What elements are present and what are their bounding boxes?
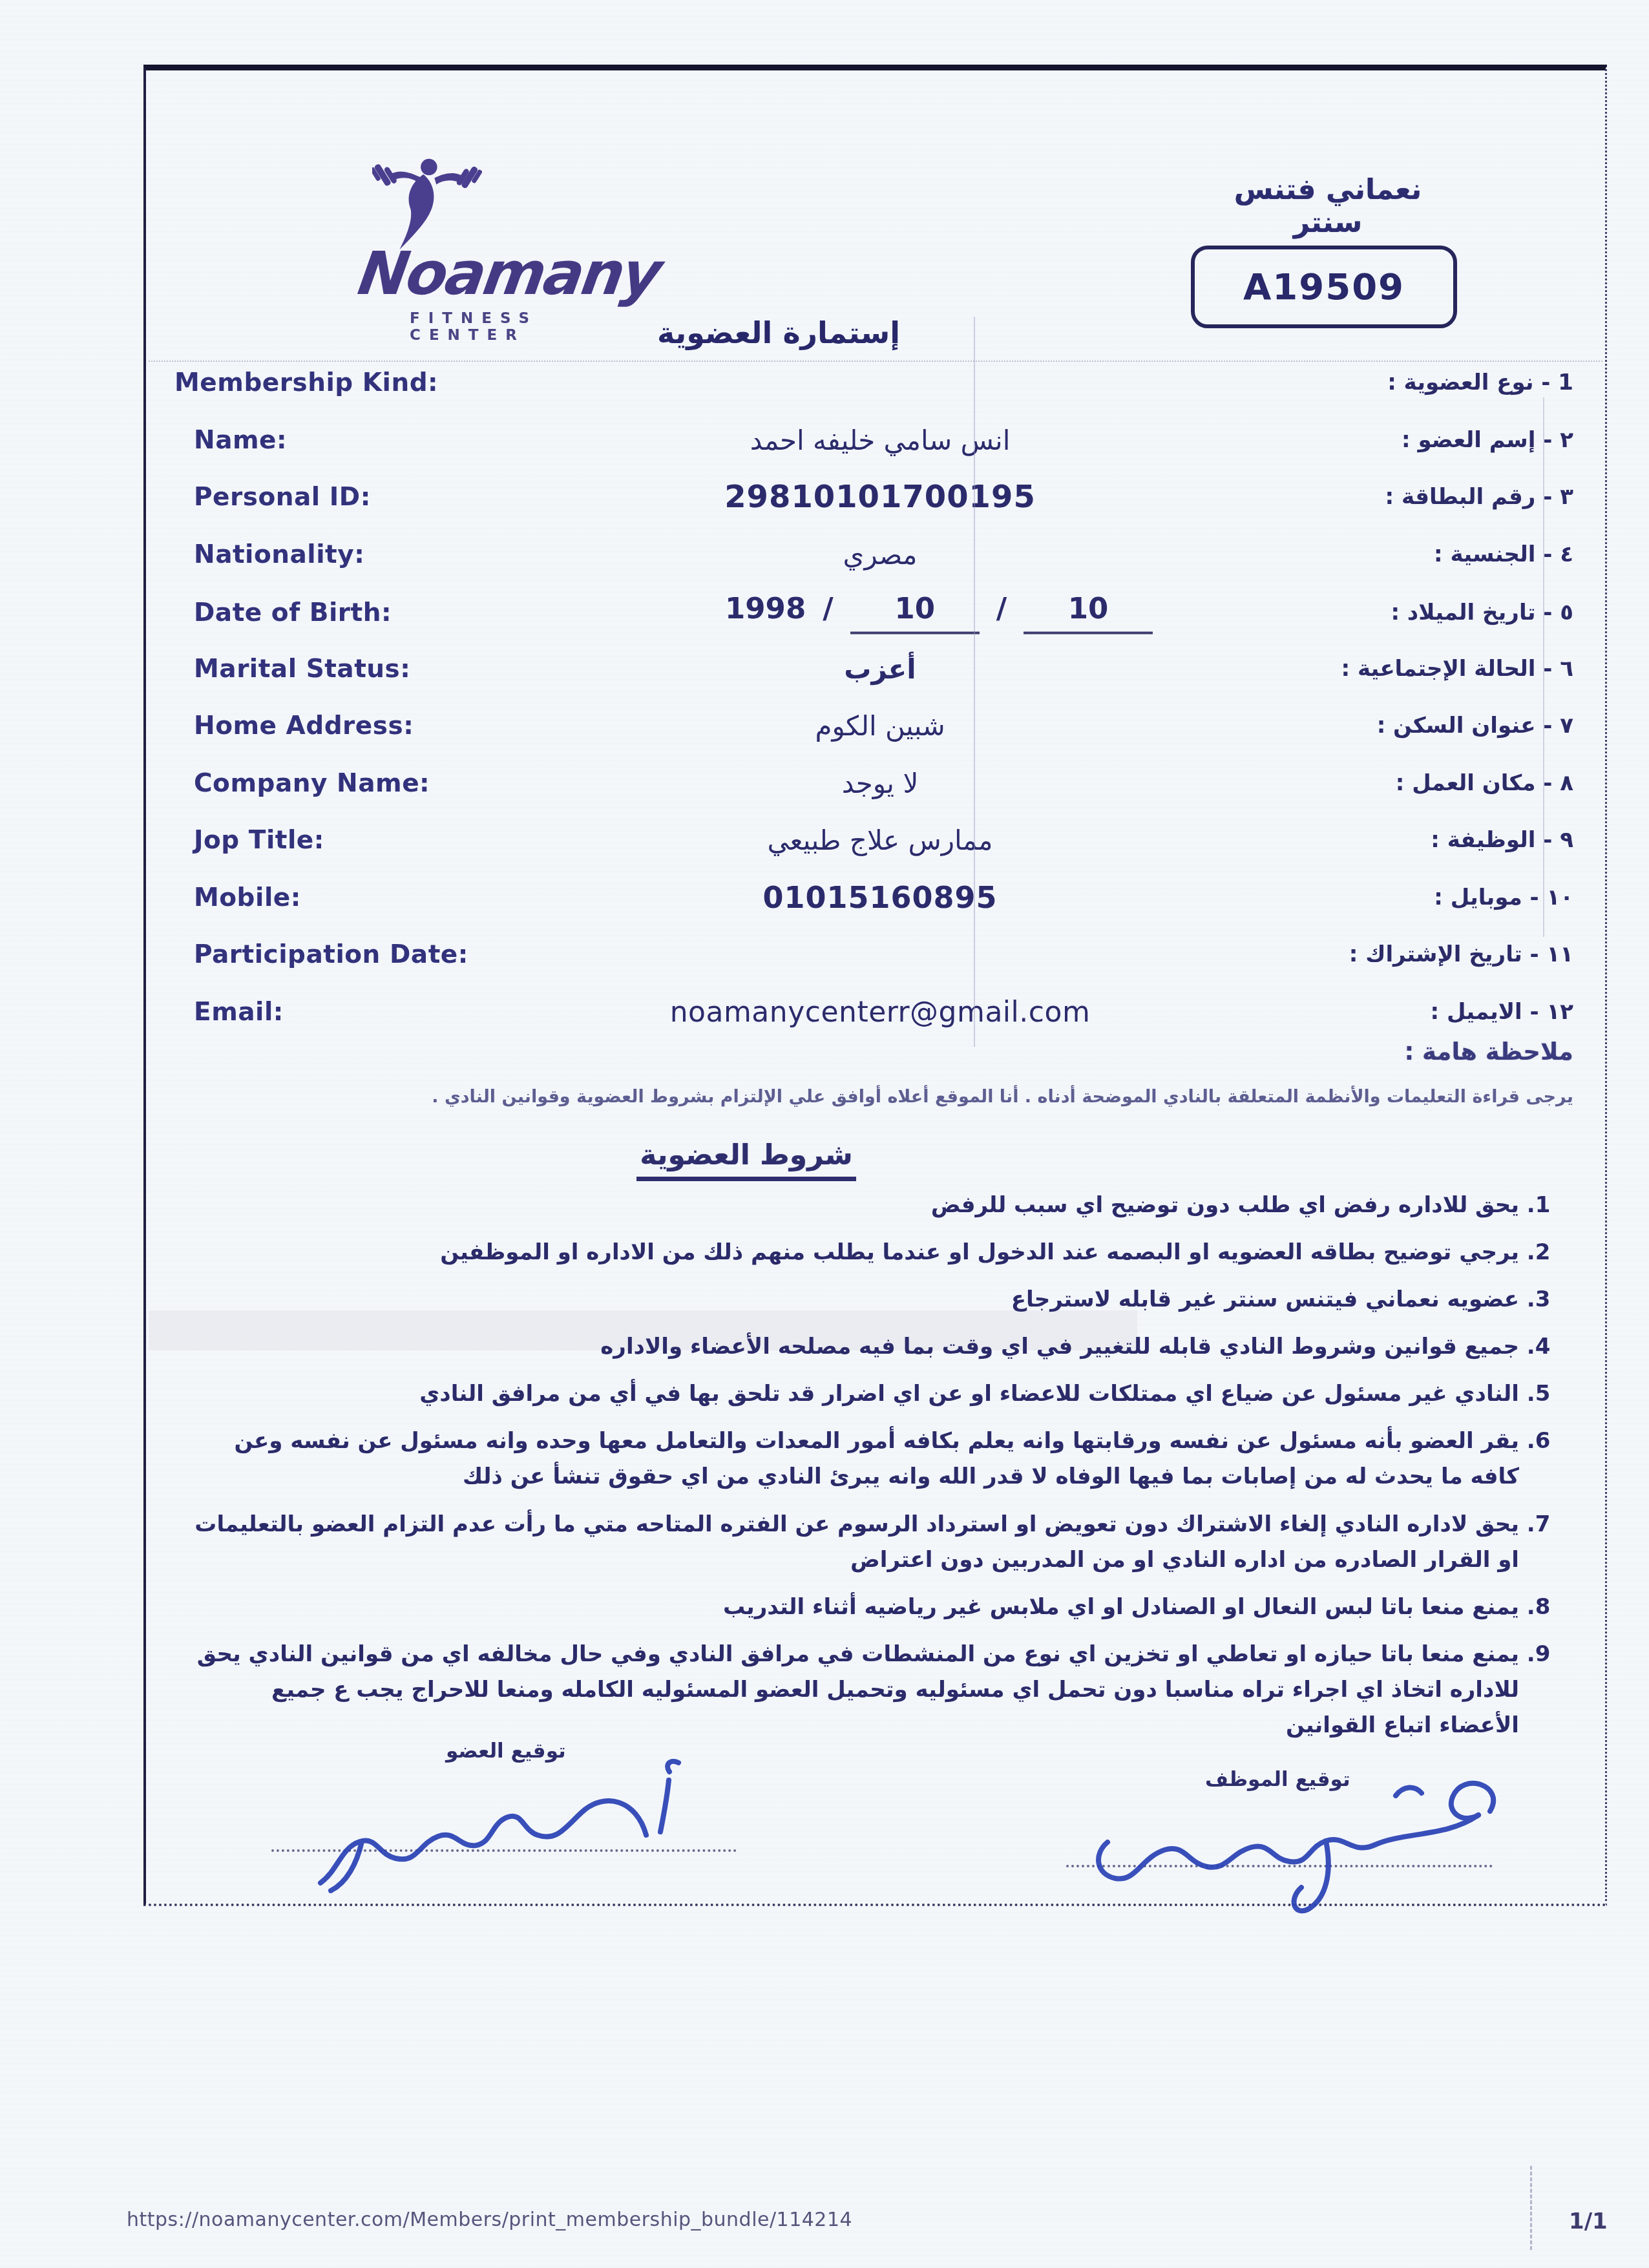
terms-title: شروط العضوية [636,1139,856,1181]
row-email: Email: noamanycenterr@gmail.com ١٢ - الا… [143,989,1607,1035]
dob-separator: / [823,591,833,625]
center-name-arabic: نعماني فتنس سنتر [1195,173,1460,239]
page-indicator: 1/1 [1569,2209,1608,2234]
noamany-logo: Noamany FITNESS CENTER [359,154,631,335]
term-item: يرجي توضيح بطاقه العضويه او البصمه عند ا… [194,1235,1519,1270]
name-value: انس سامي خليفه احمد [557,425,1203,456]
field-label-en: Personal ID: [194,483,371,512]
marital-status-value: أعزب [557,653,1203,685]
term-item: جميع قوانين وشروط النادي قابله للتغيير ف… [194,1329,1519,1365]
athlete-dumbbell-logo-icon [372,154,482,251]
logo-tagline-text: FITNESS CENTER [410,310,623,344]
field-label-ar: ١٢ - الايميل : [1431,999,1574,1025]
row-participation-date: Participation Date: ١١ - تاريخ الإشتراك … [143,931,1607,978]
field-label-en: Company Name: [194,769,430,798]
term-item: النادي غير مسئول عن ضياع اي ممتلكات للاع… [194,1376,1519,1412]
job-title-value: ممارس علاج طبيعي [557,824,1203,856]
member-signature-handwriting [258,1745,762,1893]
field-label-ar: ٨ - مكان العمل : [1396,770,1573,796]
email-value: noamanycenterr@gmail.com [557,996,1203,1029]
term-item: يمنع منعا باتا لبس النعال او الصنادل او … [194,1590,1519,1625]
membership-code: A19509 [1243,266,1405,308]
field-label-en: Nationality: [194,540,364,569]
row-date-of-birth: Date of Birth: 1998 / 10 / 10 ٥ - تاريخ … [143,585,1607,640]
dob-year: 1998 [725,591,806,625]
row-marital-status: Marital Status: أعزب ٦ - الحالة الإجتماع… [143,646,1607,692]
row-mobile: Mobile: 01015160895 ١٠ - موبايل : [143,874,1607,921]
important-note-body: يرجى قراءة التعليمات والأنظمة المتعلقة ب… [307,1087,1573,1107]
logo-brand-text: Noamany [354,239,636,308]
scanned-membership-form-page: Noamany FITNESS CENTER نعماني فتنس سنتر … [0,0,1649,2268]
field-label-ar: ٩ - الوظيفة : [1431,827,1573,853]
important-note-heading: ملاحظة هامة : [1404,1038,1573,1066]
field-label-en: Mobile: [194,883,301,912]
company-name-value: لا يوجد [557,768,1203,799]
term-item: عضويه نعماني فيتنس سنتر غير قابله لاسترج… [194,1282,1519,1318]
term-item: يمنع منعا باتا حيازه او تعاطي او تخزين ا… [194,1637,1519,1743]
row-personal-id: Personal ID: 29810101700195 ٣ - رقم البط… [143,474,1607,520]
field-label-ar: ٣ - رقم البطاقة : [1385,484,1573,510]
employee-signature-handwriting [1034,1767,1531,1916]
row-company-name: Company Name: لا يوجد ٨ - مكان العمل : [143,760,1607,806]
field-label-ar: 1 - نوع العضوية : [1387,370,1573,395]
row-job-title: Jop Title: ممارس علاج طبيعي ٩ - الوظيفة … [143,817,1607,863]
mobile-value: 01015160895 [557,880,1203,915]
home-address-value: شبين الكوم [557,710,1203,742]
field-label-en: Membership Kind: [174,368,438,397]
membership-code-box: A19509 [1191,246,1457,328]
dob-day: 10 [1024,591,1153,635]
date-of-birth-value: 1998 / 10 / 10 [725,591,1255,635]
document-title: إستمارة العضوية [640,315,918,350]
dob-separator: / [996,591,1007,625]
field-label-en: Participation Date: [194,940,468,969]
row-name: Name: انس سامي خليفه احمد ٢ - إسم العضو … [143,417,1607,463]
scan-artifact-vertical-line [1543,397,1544,937]
field-label-ar: ٥ - تاريخ الميلاد : [1391,600,1573,625]
field-label-en: Jop Title: [194,826,324,855]
terms-list: يحق للاداره رفض اي طلب دون توضيح اي سبب … [194,1188,1560,1755]
term-item: يحق للاداره رفض اي طلب دون توضيح اي سبب … [194,1188,1519,1223]
scan-artifact-dash [1530,2166,1532,2250]
term-item: يحق لاداره النادي إلغاء الاشتراك دون تعو… [194,1507,1519,1578]
row-nationality: Nationality: مصري ٤ - الجنسية : [143,531,1607,578]
row-home-address: Home Address: شبين الكوم ٧ - عنوان السكن… [143,702,1607,749]
field-label-ar: ٢ - إسم العضو : [1402,427,1573,453]
field-label-en: Date of Birth: [194,598,392,627]
field-label-ar: ٦ - الحالة الإجتماعية : [1341,656,1573,682]
personal-id-value: 29810101700195 [557,479,1203,515]
field-label-en: Name: [194,426,287,455]
print-footer-url: https://noamanycenter.com/Members/print_… [127,2209,852,2231]
field-label-ar: ١١ - تاريخ الإشتراك : [1349,941,1573,967]
row-membership-kind: Membership Kind: 1 - نوع العضوية : [143,359,1607,406]
field-label-en: Home Address: [194,711,414,740]
nationality-value: مصري [557,539,1203,571]
dob-month: 10 [850,591,980,635]
field-label-ar: ٤ - الجنسية : [1434,541,1573,567]
field-label-en: Marital Status: [194,655,410,684]
field-label-en: Email: [194,998,284,1027]
field-label-ar: ١٠ - موبايل : [1434,885,1573,910]
scan-artifact-vertical-line [974,317,975,1047]
term-item: يقر العضو بأنه مسئول عن نفسه ورقابتها وا… [194,1423,1519,1495]
